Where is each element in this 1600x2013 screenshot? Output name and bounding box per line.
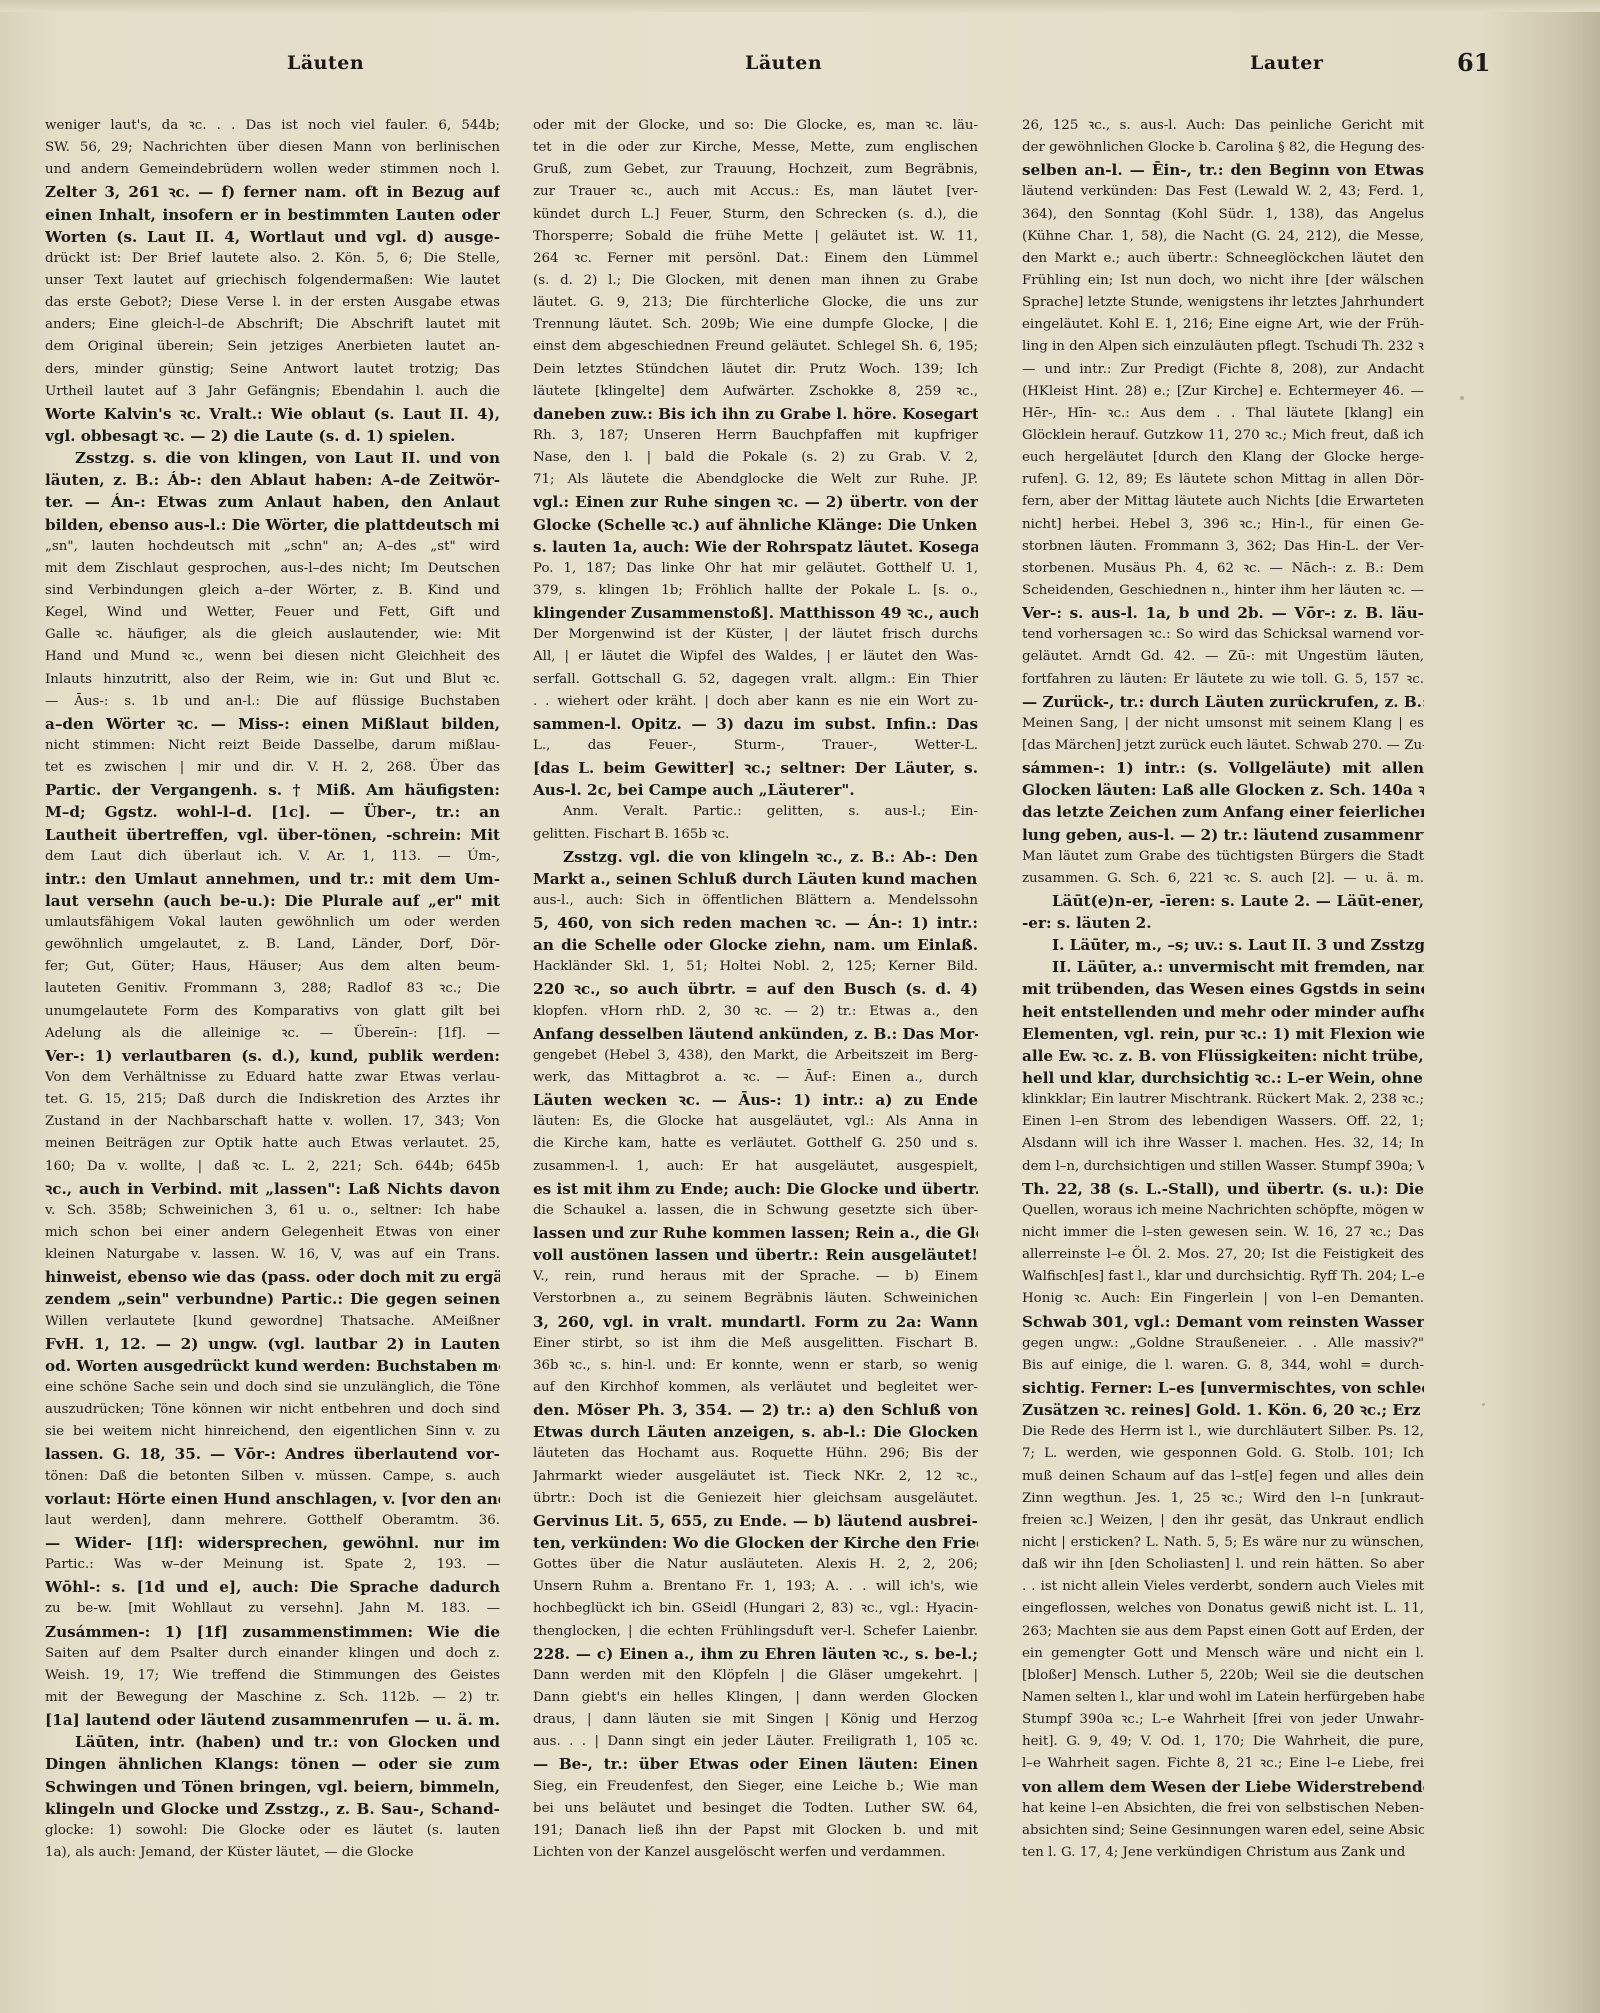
- text-line: „sn", lauten hochdeutsch mit „schn" an; …: [45, 536, 500, 558]
- text-line: unser Text lautet auf griechisch folgend…: [45, 270, 500, 292]
- text-line: nicht stimmen: Nicht reizt Beide Dasselb…: [45, 735, 500, 757]
- text-line: fer; Gut, Güter; Haus, Häuser; Aus dem a…: [45, 956, 500, 978]
- text-line: 263; Machten sie aus dem Papst einen Got…: [1022, 1621, 1424, 1643]
- paper-spot: [1482, 1403, 1485, 1406]
- text-line: dem l–n, durchsichtigen und stillen Wass…: [1022, 1156, 1424, 1178]
- text-line: — Zurück-, tr.: durch Läuten zurückrufen…: [1022, 691, 1424, 713]
- text-line: Trennung läutet. Sch. 209b; Wie eine dum…: [533, 314, 978, 336]
- text-line: daß wir ihn [den Scholiasten] l. und rei…: [1022, 1554, 1424, 1576]
- text-line: aus. . . | Dann singt ein jeder Läuter. …: [533, 1731, 978, 1753]
- text-line: Anfang desselben läutend ankünden, z. B.…: [533, 1023, 978, 1045]
- text-line: Zelter 3, 261 ꝛc. — f) ferner nam. oft i…: [45, 181, 500, 203]
- text-line: 160; Da v. wollte, | daß ꝛc. L. 2, 221; …: [45, 1156, 500, 1178]
- text-line: der gewöhnlichen Glocke b. Carolina § 82…: [1022, 137, 1424, 159]
- text-line: 5, 460, von sich reden machen ꝛc. — Án-:…: [533, 912, 978, 934]
- text-line: M–d; Ggstz. wohl-l–d. [1c]. — Über-, tr.…: [45, 801, 500, 823]
- text-line: hochbeglückt ich bin. GSeidl (Hungari 2,…: [533, 1598, 978, 1620]
- text-line: bilden, ebenso aus-l.: Die Wörter, die p…: [45, 514, 500, 536]
- text-line: tönen: Daß die betonten Silben v. müssen…: [45, 1466, 500, 1488]
- text-line: den. Möser Ph. 3, 354. — 2) tr.: a) den …: [533, 1399, 978, 1421]
- text-line: — Be-, tr.: über Etwas oder Einen läuten…: [533, 1753, 978, 1775]
- text-line: freien ꝛc.] Weizen, | den ihr gesät, das…: [1022, 1510, 1424, 1532]
- text-line: ein gemengter Gott und Mensch wäre und n…: [1022, 1643, 1424, 1665]
- text-line: Bis auf einige, die l. waren. G. 8, 344,…: [1022, 1355, 1424, 1377]
- text-line: eingeläutet. Kohl E. 1, 216; Eine eigne …: [1022, 314, 1424, 336]
- text-line: II. Läūter, a.: unvermischt mit fremden,…: [1022, 956, 1424, 978]
- text-line: Läūt(e)n-er, -īeren: s. Laute 2. — Läūt-…: [1022, 890, 1424, 912]
- right-running-headword: Lauter: [1250, 52, 1323, 74]
- text-line: tet. G. 15, 215; Daß durch die Indiskret…: [45, 1089, 500, 1111]
- text-line: SW. 56, 29; Nachrichten über diesen Mann…: [45, 137, 500, 159]
- text-line: draus, | dann läuten sie mit Singen | Kö…: [533, 1709, 978, 1731]
- text-line: kleinen Naturgabe v. lassen. W. 16, V, w…: [45, 1244, 500, 1266]
- text-line: weniger laut's, da ꝛc. . . Das ist noch …: [45, 115, 500, 137]
- text-line: gegen ungw.: „Goldne Straußeneier. . . A…: [1022, 1333, 1424, 1355]
- text-line: lassen. G. 18, 35. — Vōr-: Andres überla…: [45, 1443, 500, 1465]
- text-line: laut werden], dann mehrere. Gotthelf Obe…: [45, 1510, 500, 1532]
- text-column-right: 26, 125 ꝛc., s. aus-l. Auch: Das peinlic…: [1022, 115, 1424, 1864]
- text-line: es ist mit ihm zu Ende; auch: Die Glocke…: [533, 1178, 978, 1200]
- text-line: s. lauten 1a, auch: Wie der Rohrspatz lä…: [533, 536, 978, 558]
- text-line: [bloßer] Mensch. Luther 5, 220b; Weil si…: [1022, 1665, 1424, 1687]
- text-line: rufen]. G. 12, 89; Es läutete schon Mitt…: [1022, 469, 1424, 491]
- page-top-edge: [0, 0, 1600, 12]
- text-line: Alsdann will ich ihre Wasser l. machen. …: [1022, 1133, 1424, 1155]
- text-line: unumgelautete Form des Komparativs von g…: [45, 1001, 500, 1023]
- text-line: Walfisch[es] fast l., klar und durchsich…: [1022, 1266, 1424, 1288]
- text-line: das letzte Zeichen zum Anfang einer feie…: [1022, 801, 1424, 823]
- text-line: Namen selten l., klar und wohl im Latein…: [1022, 1687, 1424, 1709]
- text-line: fortfahren zu läuten: Er läutete zu wie …: [1022, 669, 1424, 691]
- text-line: eingeflossen, welches von Donatus gewiß …: [1022, 1598, 1424, 1620]
- text-line: nicht] herbei. Hebel 3, 396 ꝛc.; Hin-l.,…: [1022, 514, 1424, 536]
- text-line: (HKleist Hint. 28) e.; [Zur Kirche] e. E…: [1022, 381, 1424, 403]
- text-line: 26, 125 ꝛc., s. aus-l. Auch: Das peinlic…: [1022, 115, 1424, 137]
- text-line: 379, s. klingen 1b; Fröhlich hallte der …: [533, 580, 978, 602]
- text-line: läuten: Es, die Glocke hat ausgeläutet, …: [533, 1111, 978, 1133]
- text-line: — und intr.: Zur Predigt (Fichte 8, 208)…: [1022, 359, 1424, 381]
- text-line: 364), den Sonntag (Kohl Südr. 1, 138), d…: [1022, 204, 1424, 226]
- text-line: Meinen Sang, | der nicht umsonst mit sei…: [1022, 713, 1424, 735]
- text-line: 220 ꝛc., so auch übrtr. = auf den Busch …: [533, 978, 978, 1000]
- text-line: absichten sind; Seine Gesinnungen waren …: [1022, 1820, 1424, 1842]
- text-line: drückt ist: Der Brief lautete also. 2. K…: [45, 248, 500, 270]
- text-line: einen Inhalt, insofern er in bestimmten …: [45, 204, 500, 226]
- text-line: Dann werden mit den Klöpfeln | die Gläse…: [533, 1665, 978, 1687]
- text-line: sie bei weitem nicht hinreichend, den ei…: [45, 1421, 500, 1443]
- text-line: FvH. 1, 12. — 2) ungw. (vgl. lautbar 2) …: [45, 1333, 500, 1355]
- text-line: und andern Gemeindebrüdern wollen weder …: [45, 159, 500, 181]
- text-line: ten, verkünden: Wo die Glocken der Kirch…: [533, 1532, 978, 1554]
- text-line: Einer stirbt, so ist ihm die Meß ausgeli…: [533, 1333, 978, 1355]
- text-line: läutet. G. 9, 213; Die fürchterliche Glo…: [533, 292, 978, 314]
- text-line: voll austönen lassen und übertr.: Rein a…: [533, 1244, 978, 1266]
- text-column-left: weniger laut's, da ꝛc. . . Das ist noch …: [45, 115, 500, 1864]
- text-line: 1a), als auch: Jemand, der Küster läutet…: [45, 1842, 500, 1864]
- text-line: umlautsfähigem Vokal lauten gewöhnlich u…: [45, 912, 500, 934]
- text-line: Weish. 19, 17; Wie treffend die Stimmung…: [45, 1665, 500, 1687]
- text-line: zusammen-l. 1, auch: Er hat ausgeläutet,…: [533, 1156, 978, 1178]
- text-line: Worten (s. Laut II. 4, Wortlaut und vgl.…: [45, 226, 500, 248]
- text-line: Glocke (Schelle ꝛc.) auf ähnliche Klänge…: [533, 514, 978, 536]
- text-line: Thorsperre; Sobald die frühe Mette | gel…: [533, 226, 978, 248]
- text-line: von allem dem Wesen der Liebe Widerstreb…: [1022, 1776, 1424, 1798]
- text-line: heit]. G. 9, 49; V. Od. 1, 170; Die Wahr…: [1022, 1731, 1424, 1753]
- text-line: Po. 1, 187; Das linke Ohr hat mir geläut…: [533, 558, 978, 580]
- text-line: euch hergeläutet [durch den Klang der Gl…: [1022, 447, 1424, 469]
- text-line: L., das Feuer-, Sturm-, Trauer-, Wetter-…: [533, 735, 978, 757]
- text-line: 3, 260, vgl. in vralt. mundartl. Form zu…: [533, 1311, 978, 1333]
- text-line: tet in die oder zur Kirche, Messe, Mette…: [533, 137, 978, 159]
- text-line: 7; L. werden, wie gesponnen Gold. G. Sto…: [1022, 1443, 1424, 1465]
- text-line: läutend verkünden: Das Fest (Lewald W. 2…: [1022, 181, 1424, 203]
- text-line: Hēr-, Hīn- ꝛc.: Aus dem . . Thal läutete…: [1022, 403, 1424, 425]
- running-header: Läuten Läuten Lauter 61: [0, 52, 1600, 92]
- text-line: Partic.: Was w–der Meinung ist. Spate 2,…: [45, 1554, 500, 1576]
- text-line: tend vorhersagen ꝛc.: So wird das Schick…: [1022, 624, 1424, 646]
- text-line: kündet durch L.] Feuer, Sturm, den Schre…: [533, 204, 978, 226]
- text-line: alle Ew. ꝛc. z. B. von Flüssigkeiten: ni…: [1022, 1045, 1424, 1067]
- text-line: Partic. der Vergangenh. s. † Miß. Am häu…: [45, 779, 500, 801]
- text-line: Wōhl-: s. [1d und e], auch: Die Sprache …: [45, 1576, 500, 1598]
- text-line: Quellen, woraus ich meine Nachrichten sc…: [1022, 1200, 1424, 1222]
- text-line: läuten, z. B.: Áb-: den Ablaut haben: A–…: [45, 469, 500, 491]
- text-line: einst dem abgeschiednen Freund geläutet.…: [533, 336, 978, 358]
- text-line: Aus-l. 2c, bei Campe auch „Läuterer".: [533, 779, 978, 801]
- text-line: lauteten Genitiv. Frommann 3, 288; Radlo…: [45, 978, 500, 1000]
- text-line: [1a] lautend oder läutend zusammenrufen …: [45, 1709, 500, 1731]
- text-line: thenglocken, | die echten Frühlingsduft …: [533, 1621, 978, 1643]
- text-line: laut versehn (auch be-u.): Die Plurale a…: [45, 890, 500, 912]
- text-line: mich schon bei einer andern Gelegenheit …: [45, 1222, 500, 1244]
- text-line: ter. — Án-: Etwas zum Anlaut haben, den …: [45, 491, 500, 513]
- text-line: All, | er läutet die Wipfel des Waldes, …: [533, 646, 978, 668]
- text-line: zusammen. G. Sch. 6, 221 ꝛc. S. auch [2]…: [1022, 868, 1424, 890]
- text-line: lassen und zur Ruhe kommen lassen; Rein …: [533, 1222, 978, 1244]
- text-line: Markt a., seinen Schluß durch Läuten kun…: [533, 868, 978, 890]
- text-line: oder mit der Glocke, und so: Die Glocke,…: [533, 115, 978, 137]
- text-line: intr.: den Umlaut annehmen, und tr.: mit…: [45, 868, 500, 890]
- text-line: Einen l–en Strom des lebendigen Wassers.…: [1022, 1111, 1424, 1133]
- text-line: Etwas durch Läuten anzeigen, s. ab-l.: D…: [533, 1421, 978, 1443]
- text-line: mit der Bewegung der Maschine z. Sch. 11…: [45, 1687, 500, 1709]
- text-line: 36b ꝛc., s. hin-l. und: Er konnte, wenn …: [533, 1355, 978, 1377]
- text-line: tet es zwischen | mir und dir. V. H. 2, …: [45, 757, 500, 779]
- text-line: zu be-w. [mit Wohllaut zu versehn]. Jahn…: [45, 1598, 500, 1620]
- text-line: gelitten. Fischart B. 165b ꝛc.: [533, 824, 978, 846]
- text-line: aus-l., auch: Sich in öffentlichen Blätt…: [533, 890, 978, 912]
- text-line: dem Laut dich überlaut ich. V. Ar. 1, 11…: [45, 846, 500, 868]
- text-line: — Wider- [1f]: widersprechen, gewöhnl. n…: [45, 1532, 500, 1554]
- text-line: ten l. G. 17, 4; Jene verkündigen Christ…: [1022, 1842, 1424, 1864]
- center-running-headword: Läuten: [745, 52, 822, 74]
- text-line: 228. — c) Einen a., ihm zu Ehren läuten …: [533, 1643, 978, 1665]
- text-column-center: oder mit der Glocke, und so: Die Glocke,…: [533, 115, 978, 1864]
- text-line: Nase, den l. | bald die Pokale (s. 2) zu…: [533, 447, 978, 469]
- text-line: Honig ꝛc. Auch: Ein Fingerlein | von l–e…: [1022, 1288, 1424, 1310]
- text-line: Glocken läuten: Laß alle Glocken z. Sch.…: [1022, 779, 1424, 801]
- text-line: an die Schelle oder Glocke ziehn, nam. u…: [533, 934, 978, 956]
- page-number: 61: [1457, 48, 1490, 77]
- text-line: die Kirche kam, hatte es verläutet. Gott…: [533, 1133, 978, 1155]
- text-line: Schwingen und Tönen bringen, vgl. beiern…: [45, 1776, 500, 1798]
- text-line: Zinn wegthun. Jes. 1, 25 ꝛc.; Wird den l…: [1022, 1488, 1424, 1510]
- text-line: hinweist, ebenso wie das (pass. oder doc…: [45, 1266, 500, 1288]
- text-line: Willen verlautete [kund gewordne] Thatsa…: [45, 1311, 500, 1333]
- text-line: Galle ꝛc. häufiger, als die gleich ausla…: [45, 624, 500, 646]
- text-line: die Schaukel a. lassen, die in Schwung g…: [533, 1200, 978, 1222]
- text-line: fern, aber der Mittag läutete auch Nicht…: [1022, 491, 1424, 513]
- text-line: (Kühne Char. 1, 58), die Nacht (G. 24, 2…: [1022, 226, 1424, 248]
- text-line: 264 ꝛc. Ferner mit persönl. Dat.: Einem …: [533, 248, 978, 270]
- text-line: Elementen, vgl. rein, pur ꝛc.: 1) mit Fl…: [1022, 1023, 1424, 1045]
- text-line: zur Trauer ꝛc., auch mit Accus.: Es, man…: [533, 181, 978, 203]
- text-line: Anm. Veralt. Partic.: gelitten, s. aus-l…: [533, 801, 978, 823]
- text-line: Man läutet zum Grabe des tüchtigsten Bür…: [1022, 846, 1424, 868]
- text-line: 71; Als läutete die Abendglocke die Welt…: [533, 469, 978, 491]
- text-line: hell und klar, durchsichtig ꝛc.: L–er We…: [1022, 1067, 1424, 1089]
- text-line: Urtheil lautet auf 3 Jahr Gefängnis; Ebe…: [45, 381, 500, 403]
- text-line: Lautheit übertreffen, vgl. über-tönen, -…: [45, 824, 500, 846]
- text-line: nicht | ersticken? L. Nath. 5, 5; Es wär…: [1022, 1532, 1424, 1554]
- text-line: anders; Eine gleich-l–de Abschrift; Die …: [45, 314, 500, 336]
- text-line: Hackländer Skl. 1, 51; Holtei Nobl. 2, 1…: [533, 956, 978, 978]
- text-line: — Āus-: s. 1b und an-l.: Die auf flüssig…: [45, 691, 500, 713]
- text-line: glocke: 1) sowohl: Die Glocke oder es lä…: [45, 1820, 500, 1842]
- text-line: übrtr.: Doch ist die Geniezeit hier glei…: [533, 1488, 978, 1510]
- text-line: gewöhnlich umgelautet, z. B. Land, Lände…: [45, 934, 500, 956]
- text-line: den Markt e.; auch übertr.: Schneeglöckc…: [1022, 248, 1424, 270]
- text-line: Zusámmen-: 1) [1f] zusammenstimmen: Wie …: [45, 1621, 500, 1643]
- text-line: Hand und Mund ꝛc., wenn bei diesen nicht…: [45, 646, 500, 668]
- text-line: dem Original überein; Sein jetziges Aner…: [45, 336, 500, 358]
- text-line: Gottes über die Natur ausläuteten. Alexi…: [533, 1554, 978, 1576]
- text-line: Glöcklein herauf. Gutzkow 11, 270 ꝛc.; M…: [1022, 425, 1424, 447]
- text-line: V., rein, rund heraus mit der Sprache. —…: [533, 1266, 978, 1288]
- text-line: Läuten wecken ꝛc. — Āus-: 1) intr.: a) z…: [533, 1089, 978, 1111]
- text-line: läuteten das Hochamt aus. Roquette Hühn.…: [533, 1443, 978, 1465]
- text-line: mit dem Zischlaut gesprochen, aus-l–des …: [45, 558, 500, 580]
- text-line: Der Morgenwind ist der Küster, | der läu…: [533, 624, 978, 646]
- text-line: Rh. 3, 187; Unseren Herrn Bauchpfaffen m…: [533, 425, 978, 447]
- text-line: Ver-: s. aus-l. 1a, b und 2b. — Vōr-: z.…: [1022, 602, 1424, 624]
- text-line: Saiten auf dem Psalter durch einander kl…: [45, 1643, 500, 1665]
- text-line: Unsern Ruhm a. Brentano Fr. 1, 193; A. .…: [533, 1576, 978, 1598]
- text-line: vgl. obbesagt ꝛc. — 2) die Laute (s. d. …: [45, 425, 500, 447]
- text-line: heit entstellenden und mehr oder minder …: [1022, 1001, 1424, 1023]
- text-line: Jahrmarkt wieder ausgeläutet ist. Tieck …: [533, 1466, 978, 1488]
- text-line: sind Verbindungen gleich a–der Wörter, z…: [45, 580, 500, 602]
- text-line: Zsstzg. s. die von klingen, von Laut II.…: [45, 447, 500, 469]
- text-line: 191; Danach ließ ihn der Papst mit Glock…: [533, 1820, 978, 1842]
- text-line: vorlaut: Hörte einen Hund anschlagen, v.…: [45, 1488, 500, 1510]
- text-line: storbenen. Musäus Ph. 4, 62 ꝛc. — Nāch-:…: [1022, 558, 1424, 580]
- text-line: Worte Kalvin's ꝛc. Vralt.: Wie oblaut (s…: [45, 403, 500, 425]
- text-line: Sieg, ein Freudenfest, den Sieger, eine …: [533, 1776, 978, 1798]
- text-line: das erste Gebot?; Diese Verse l. in der …: [45, 292, 500, 314]
- text-line: sámmen-: 1) intr.: (s. Vollgeläute) mit …: [1022, 757, 1424, 779]
- text-line: allerreinste l–e Öl. 2. Mos. 27, 20; Ist…: [1022, 1244, 1424, 1266]
- text-line: storbnen läuten. Frommann 3, 362; Das Hi…: [1022, 536, 1424, 558]
- text-line: klingeln und Glocke und Zsstzg., z. B. S…: [45, 1798, 500, 1820]
- left-running-headword: Läuten: [287, 52, 364, 74]
- text-line: [das L. beim Gewitter] ꝛc.; seltner: Der…: [533, 757, 978, 779]
- text-line: zendem „sein" verbundne) Partic.: Die ge…: [45, 1288, 500, 1310]
- text-line: l–e Wahrheit sagen. Fichte 8, 21 ꝛc.; Ei…: [1022, 1753, 1424, 1775]
- text-line: geläutet. Arndt Gd. 42. — Zū-: mit Unges…: [1022, 646, 1424, 668]
- text-line: mit trübenden, das Wesen eines Ggstds in…: [1022, 978, 1424, 1000]
- paper-spot: [1460, 396, 1464, 400]
- text-line: Adelung als die alleinige ꝛc. — Übereīn-…: [45, 1023, 500, 1045]
- text-line: gengebet (Hebel 3, 438), den Markt, die …: [533, 1045, 978, 1067]
- text-line: Verstorbnen a., zu seinem Begräbnis läut…: [533, 1288, 978, 1310]
- text-line: . . ist nicht allein Vieles verderbt, so…: [1022, 1576, 1424, 1598]
- text-line: eine schöne Sache sein und doch sind sie…: [45, 1377, 500, 1399]
- text-line: Dingen ähnlichen Klangs: tönen — oder si…: [45, 1753, 500, 1775]
- text-line: Inlauts hinzutritt, also der Reim, wie i…: [45, 669, 500, 691]
- text-line: Kegel, Wind und Wetter, Feuer und Fett, …: [45, 602, 500, 624]
- text-line: nicht immer die l–sten gewesen sein. W. …: [1022, 1222, 1424, 1244]
- text-line: ders, minder günstig; Seine Antwort laut…: [45, 359, 500, 381]
- text-line: . . wiehert oder kräht. | doch aber kann…: [533, 691, 978, 713]
- text-line: klopfen. vHorn rhD. 2, 30 ꝛc. — 2) tr.: …: [533, 1001, 978, 1023]
- text-line: auf den Kirchhof kommen, als verläutet u…: [533, 1377, 978, 1399]
- text-line: Zusätzen ꝛc. reines] Gold. 1. Kön. 6, 20…: [1022, 1399, 1424, 1421]
- text-line: bei uns beläutet und besinget die Todten…: [533, 1798, 978, 1820]
- text-line: sichtig. Ferner: L–es [unvermischtes, vo…: [1022, 1377, 1424, 1399]
- text-line: selben an-l. — Ēin-, tr.: den Beginn von…: [1022, 159, 1424, 181]
- text-line: klinkklar; Ein lautrer Mischtrank. Rücke…: [1022, 1089, 1424, 1111]
- text-line: Th. 22, 38 (s. L.-Stall), und übertr. (s…: [1022, 1178, 1424, 1200]
- text-line: Gruß, zum Gebet, zur Trauung, Hochzeit, …: [533, 159, 978, 181]
- text-line: serfall. Gottschall G. 52, dagegen vralt…: [533, 669, 978, 691]
- text-line: Läūten, intr. (haben) und tr.: von Glock…: [45, 1731, 500, 1753]
- text-line: a–den Wörter ꝛc. — Miss-: einen Mißlaut …: [45, 713, 500, 735]
- text-line: muß deinen Schaum auf das l–st[e] fegen …: [1022, 1466, 1424, 1488]
- text-line: I. Läūter, m., –s; uv.: s. Laut II. 3 un…: [1022, 934, 1424, 956]
- text-line: Zustand in der Nachbarschaft hatte v. wo…: [45, 1111, 500, 1133]
- text-line: lung geben, aus-l. — 2) tr.: läutend zus…: [1022, 824, 1424, 846]
- text-line: [das Märchen] jetzt zurück euch läutet. …: [1022, 735, 1424, 757]
- text-line: Ver-: 1) verlautbaren (s. d.), kund, pub…: [45, 1045, 500, 1067]
- text-line: Lichten von der Kanzel ausgelöscht werfe…: [533, 1842, 978, 1864]
- text-line: ꝛc., auch in Verbind. mit „lassen": Laß …: [45, 1178, 500, 1200]
- text-line: Dann giebt's ein helles Klingen, | dann …: [533, 1687, 978, 1709]
- text-line: Gervinus Lit. 5, 655, zu Ende. — b) läut…: [533, 1510, 978, 1532]
- text-line: Zsstzg. vgl. die von klingeln ꝛc., z. B.…: [533, 846, 978, 868]
- text-line: Die Rede des Herrn ist l., wie durchläut…: [1022, 1421, 1424, 1443]
- text-line: Stumpf 390a ꝛc.; L–e Wahrheit [frei von …: [1022, 1709, 1424, 1731]
- text-line: läutete [klingelte] dem Aufwärter. Zscho…: [533, 381, 978, 403]
- text-line: od. Worten ausgedrückt kund werden: Buch…: [45, 1355, 500, 1377]
- text-line: v. Sch. 358b; Schweinichen 3, 61 u. o., …: [45, 1200, 500, 1222]
- text-line: auszudrücken; Töne können wir nicht entb…: [45, 1399, 500, 1421]
- text-line: (s. d. 2) l.; Die Glocken, mit denen man…: [533, 270, 978, 292]
- text-line: hat keine l–en Absichten, die frei von s…: [1022, 1798, 1424, 1820]
- text-line: meinen Beiträgen zur Optik hatte auch Et…: [45, 1133, 500, 1155]
- text-line: vgl.: Einen zur Ruhe singen ꝛc. — 2) übe…: [533, 491, 978, 513]
- text-line: werk, das Mittagbrot a. ꝛc. — Āuf-: Eine…: [533, 1067, 978, 1089]
- text-line: Dein letztes Stündchen läutet dir. Prutz…: [533, 359, 978, 381]
- text-line: Schwab 301, vgl.: Demant vom reinsten Wa…: [1022, 1311, 1424, 1333]
- text-line: Von dem Verhältnisse zu Eduard hatte zwa…: [45, 1067, 500, 1089]
- text-line: sammen-l. Opitz. — 3) dazu im subst. Inf…: [533, 713, 978, 735]
- text-line: -er: s. läuten 2.: [1022, 912, 1424, 934]
- text-line: Sprache] letzte Stunde, wenigstens ihr l…: [1022, 292, 1424, 314]
- text-line: klingender Zusammenstoß]. Matthisson 49 …: [533, 602, 978, 624]
- text-line: Frühling ein; Ist nun doch, wo nicht ihr…: [1022, 270, 1424, 292]
- text-line: daneben zuw.: Bis ich ihn zu Grabe l. hö…: [533, 403, 978, 425]
- text-line: ling in den Alpen sich einzuläuten pfleg…: [1022, 336, 1424, 358]
- text-line: Scheidenden, Geschiednen n., hinter ihm …: [1022, 580, 1424, 602]
